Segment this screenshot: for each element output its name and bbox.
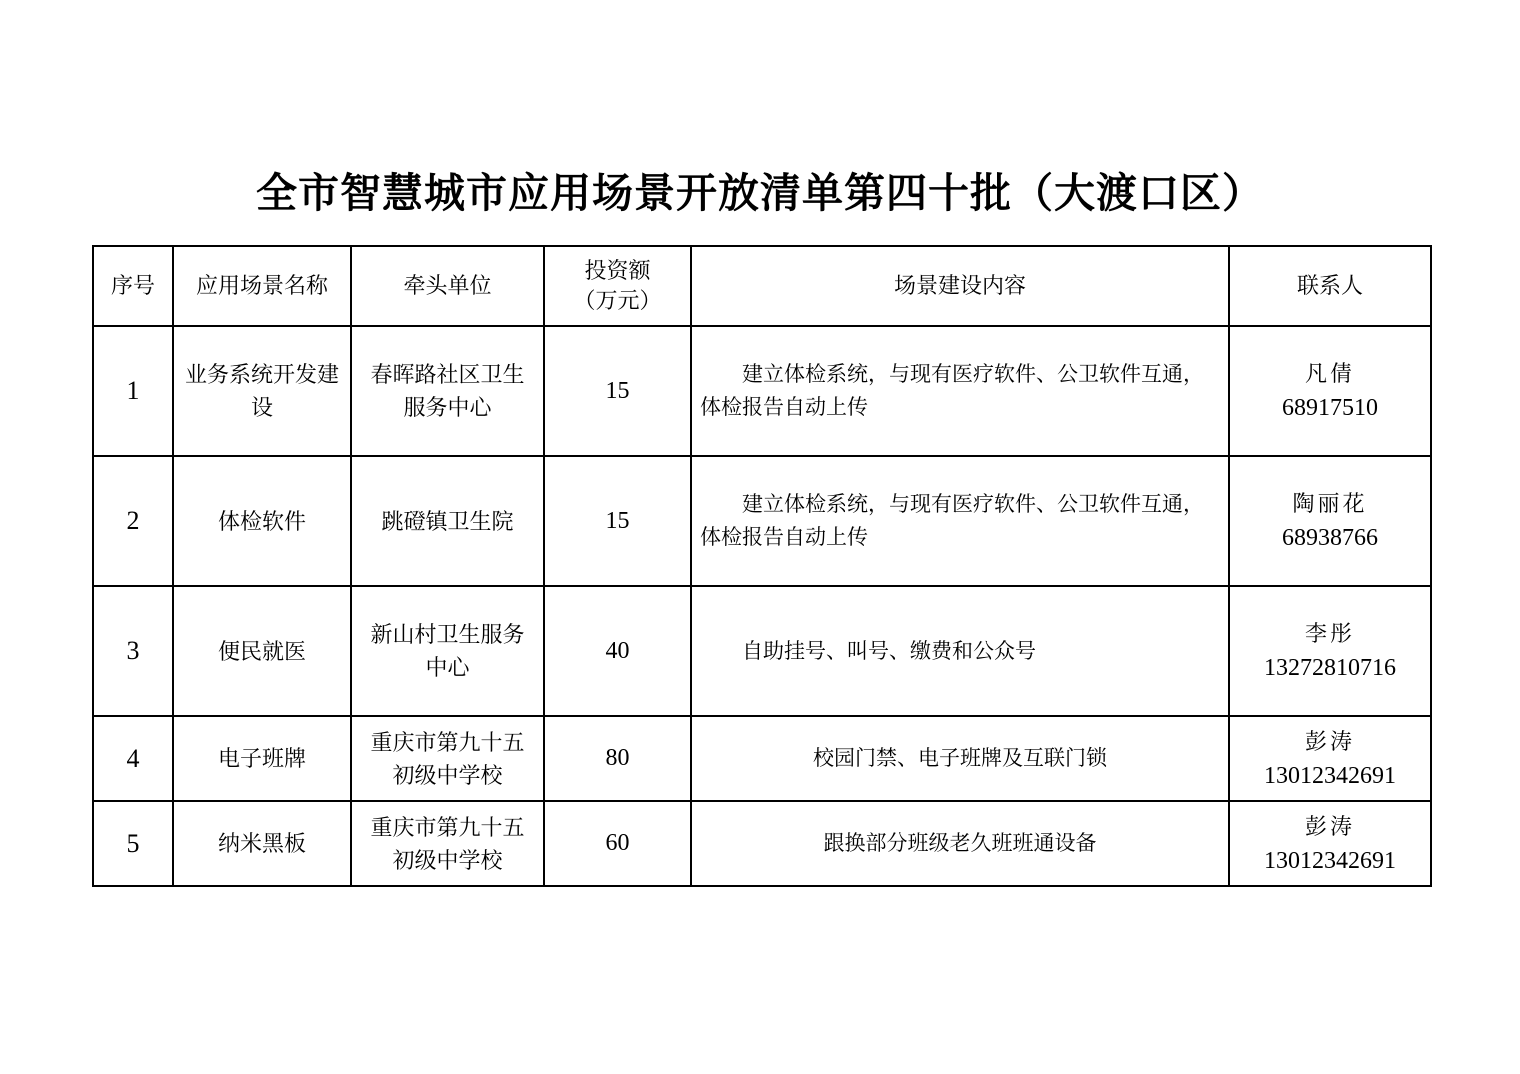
lead-unit-cell: 跳磴镇卫生院 (351, 456, 544, 586)
content-cell: 建立体检系统，与现有医疗软件、公卫软件互通，体检报告自动上传 (691, 456, 1229, 586)
content-cell: 跟换部分班级老久班班通设备 (691, 801, 1229, 886)
contact-phone: 68938766 (1240, 521, 1420, 555)
content-cell: 自助挂号、叫号、缴费和公众号 (691, 586, 1229, 716)
contact-phone: 13272810716 (1240, 651, 1420, 685)
contact-cell: 彭涛 13012342691 (1229, 716, 1431, 801)
page-title: 全市智慧城市应用场景开放清单第四十批（大渡口区） (0, 160, 1520, 219)
investment-cell: 15 (544, 456, 691, 586)
contact-name: 彭涛 (1240, 725, 1420, 759)
scene-name-cell: 便民就医 (173, 586, 351, 716)
contact-phone: 13012342691 (1240, 759, 1420, 793)
content-cell: 校园门禁、电子班牌及互联门锁 (691, 716, 1229, 801)
scene-name-cell: 电子班牌 (173, 716, 351, 801)
table-row: 5 纳米黑板 重庆市第九十五初级中学校 60 跟换部分班级老久班班通设备 彭涛 … (93, 801, 1431, 886)
column-header-contact: 联系人 (1229, 246, 1431, 326)
contact-phone: 13012342691 (1240, 844, 1420, 878)
contact-name: 彭涛 (1240, 810, 1420, 844)
lead-unit-cell: 新山村卫生服务中心 (351, 586, 544, 716)
seq-cell: 5 (93, 801, 173, 886)
scene-name-cell: 纳米黑板 (173, 801, 351, 886)
investment-cell: 60 (544, 801, 691, 886)
investment-header-line2: （万元） (555, 286, 680, 316)
column-header-unit: 牵头单位 (351, 246, 544, 326)
table-row: 3 便民就医 新山村卫生服务中心 40 自助挂号、叫号、缴费和公众号 李彤 13… (93, 586, 1431, 716)
investment-header-line1: 投资额 (555, 256, 680, 286)
contact-name: 陶丽花 (1240, 487, 1420, 521)
scenario-table: 序号 应用场景名称 牵头单位 投资额 （万元） 场景建设内容 联系人 1 业务系… (92, 245, 1432, 887)
table-row: 1 业务系统开发建设 春晖路社区卫生服务中心 15 建立体检系统，与现有医疗软件… (93, 326, 1431, 456)
column-header-scene: 应用场景名称 (173, 246, 351, 326)
lead-unit-cell: 春晖路社区卫生服务中心 (351, 326, 544, 456)
investment-cell: 40 (544, 586, 691, 716)
investment-cell: 15 (544, 326, 691, 456)
seq-cell: 2 (93, 456, 173, 586)
contact-cell: 彭涛 13012342691 (1229, 801, 1431, 886)
lead-unit-cell: 重庆市第九十五初级中学校 (351, 716, 544, 801)
contact-phone: 68917510 (1240, 391, 1420, 425)
investment-cell: 80 (544, 716, 691, 801)
column-header-content: 场景建设内容 (691, 246, 1229, 326)
column-header-seq: 序号 (93, 246, 173, 326)
contact-name: 凡倩 (1240, 357, 1420, 391)
table-row: 2 体检软件 跳磴镇卫生院 15 建立体检系统，与现有医疗软件、公卫软件互通，体… (93, 456, 1431, 586)
table-row: 4 电子班牌 重庆市第九十五初级中学校 80 校园门禁、电子班牌及互联门锁 彭涛… (93, 716, 1431, 801)
contact-cell: 凡倩 68917510 (1229, 326, 1431, 456)
content-cell: 建立体检系统，与现有医疗软件、公卫软件互通，体检报告自动上传 (691, 326, 1229, 456)
column-header-investment: 投资额 （万元） (544, 246, 691, 326)
document-page: 全市智慧城市应用场景开放清单第四十批（大渡口区） 序号 应用场景名称 牵头单位 … (0, 0, 1520, 1074)
lead-unit-cell: 重庆市第九十五初级中学校 (351, 801, 544, 886)
table-header-row: 序号 应用场景名称 牵头单位 投资额 （万元） 场景建设内容 联系人 (93, 246, 1431, 326)
seq-cell: 3 (93, 586, 173, 716)
seq-cell: 4 (93, 716, 173, 801)
scene-name-cell: 业务系统开发建设 (173, 326, 351, 456)
contact-cell: 李彤 13272810716 (1229, 586, 1431, 716)
contact-cell: 陶丽花 68938766 (1229, 456, 1431, 586)
scene-name-cell: 体检软件 (173, 456, 351, 586)
seq-cell: 1 (93, 326, 173, 456)
contact-name: 李彤 (1240, 617, 1420, 651)
